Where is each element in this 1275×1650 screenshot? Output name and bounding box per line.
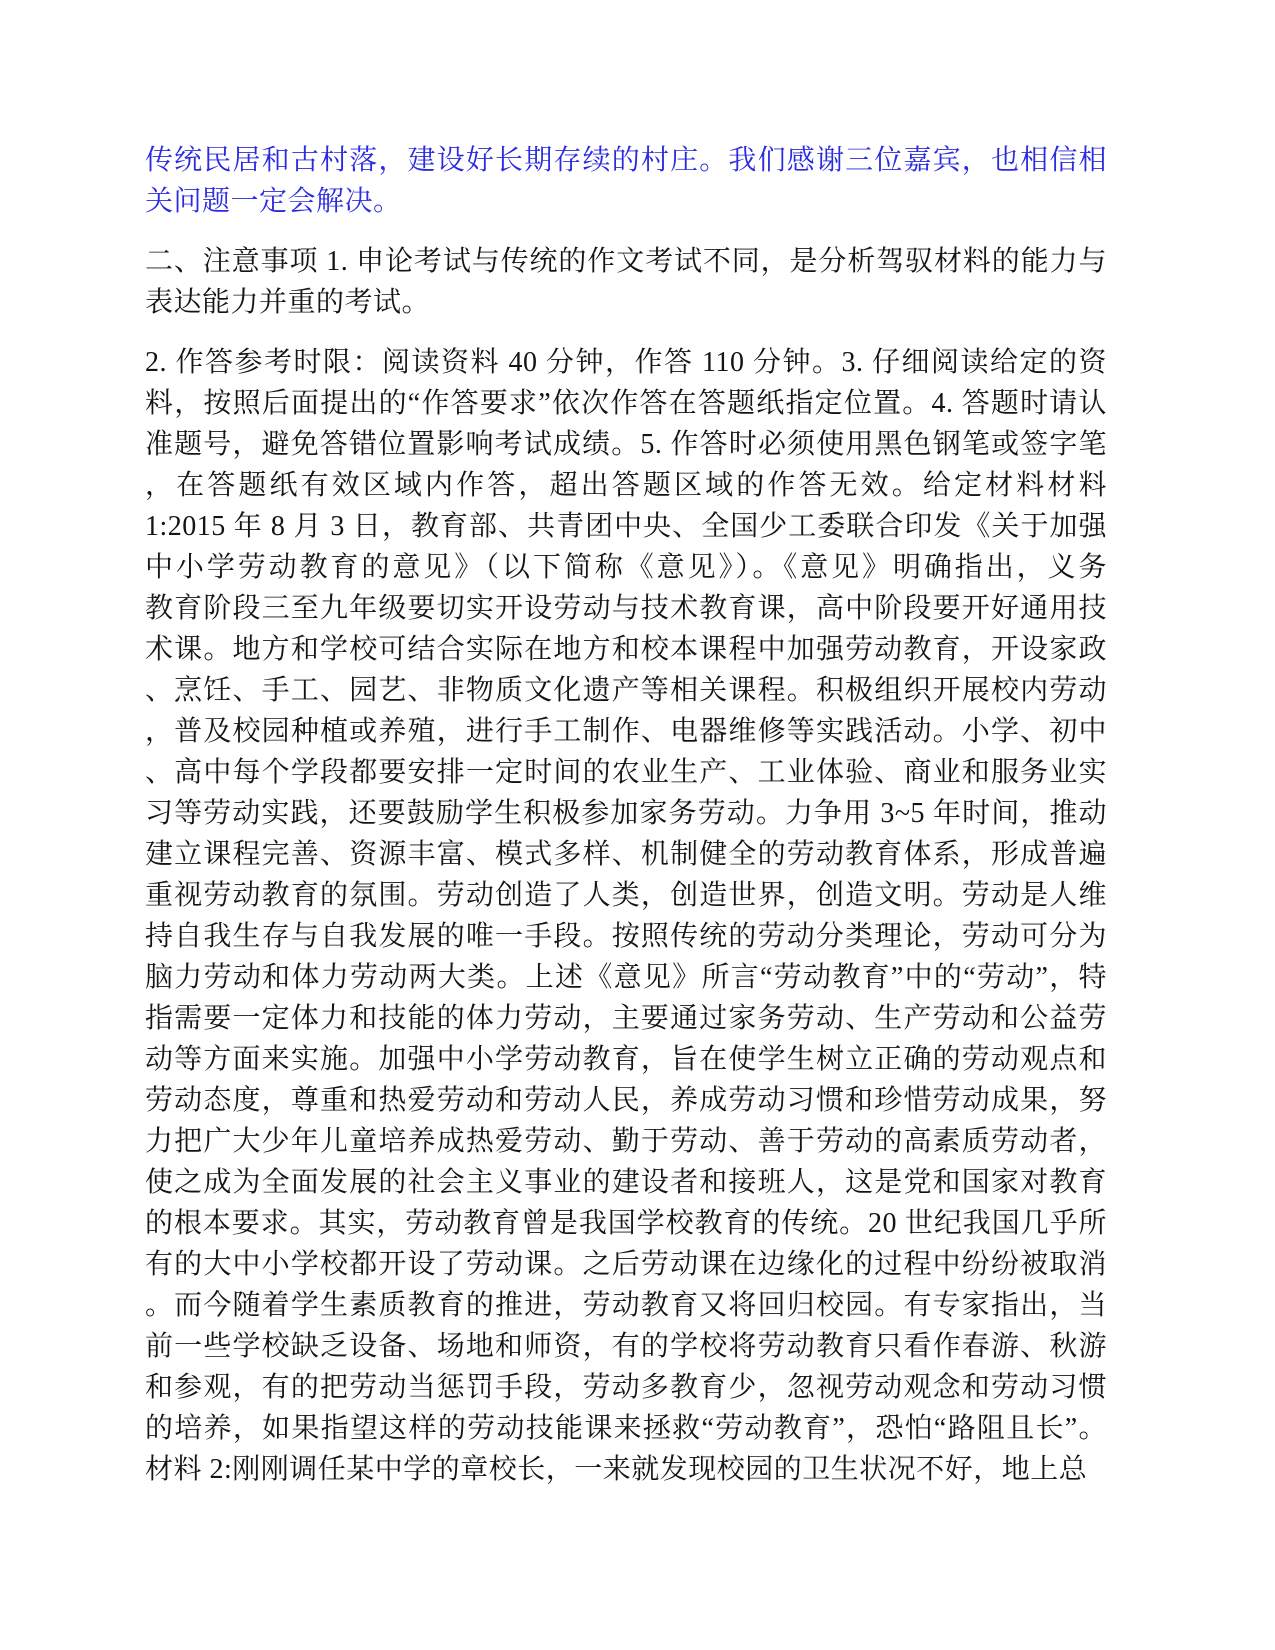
- text-line: 表达能力并重的考试。: [145, 282, 1107, 323]
- text-line: 1:2015 年 8 月 3 日，教育部、共青团中央、全国少工委联合印发《关于加…: [145, 506, 1107, 547]
- text-line: 的根本要求。其实，劳动教育曾是我国学校教育的传统。20 世纪我国几乎所: [145, 1203, 1107, 1244]
- text-line: 有的大中小学校都开设了劳动课。之后劳动课在边缘化的过程中纷纷被取消: [145, 1244, 1107, 1285]
- text-line: 术课。地方和学校可结合实际在地方和校本课程中加强劳动教育，开设家政: [145, 629, 1107, 670]
- document-body: 传统民居和古村落，建设好长期存续的村庄。我们感谢三位嘉宾，也相信相关问题一定会解…: [145, 140, 1107, 1490]
- text-line: 建立课程完善、资源丰富、模式多样、机制健全的劳动教育体系，形成普遍: [145, 834, 1107, 875]
- text-line: 重视劳动教育的氛围。劳动创造了人类，创造世界，创造文明。劳动是人维: [145, 875, 1107, 916]
- text-line: 的培养，如果指望这样的劳动技能课来拯救“劳动教育”，恐怕“路阻且长”。: [145, 1408, 1107, 1449]
- text-line: 传统民居和古村落，建设好长期存续的村庄。我们感谢三位嘉宾，也相信相: [145, 140, 1107, 181]
- text-line: 。而今随着学生素质教育的推进，劳动教育又将回归校园。有专家指出，当: [145, 1285, 1107, 1326]
- text-line: 力把广大少年儿童培养成热爱劳动、勤于劳动、善于劳动的高素质劳动者，: [145, 1121, 1107, 1162]
- paragraph-notice-heading: 二、注意事项 1. 申论考试与传统的作文考试不同，是分析驾驭材料的能力与表达能力…: [145, 241, 1107, 323]
- text-line: 和参观，有的把劳动当惩罚手段，劳动多教育少，忽视劳动观念和劳动习惯: [145, 1367, 1107, 1408]
- text-line: 、高中每个学段都要安排一定时间的农业生产、工业体验、商业和服务业实: [145, 752, 1107, 793]
- text-line: 中小学劳动教育的意见》（以下简称《意见》）。《意见》明确指出，义务: [145, 547, 1107, 588]
- paragraph-exam-instructions-and-materials: 2. 作答参考时限：阅读资料 40 分钟，作答 110 分钟。3. 仔细阅读给定…: [145, 342, 1107, 1490]
- text-line: 2. 作答参考时限：阅读资料 40 分钟，作答 110 分钟。3. 仔细阅读给定…: [145, 342, 1107, 383]
- text-line: 教育阶段三至九年级要切实开设劳动与技术教育课，高中阶段要开好通用技: [145, 588, 1107, 629]
- text-line: 脑力劳动和体力劳动两大类。上述《意见》所言“劳动教育”中的“劳动”，特: [145, 957, 1107, 998]
- paragraph-blue-closing-remark: 传统民居和古村落，建设好长期存续的村庄。我们感谢三位嘉宾，也相信相关问题一定会解…: [145, 140, 1107, 222]
- text-line: ，在答题纸有效区域内作答，超出答题区域的作答无效。给定材料材料: [145, 465, 1107, 506]
- text-line: 二、注意事项 1. 申论考试与传统的作文考试不同，是分析驾驭材料的能力与: [145, 241, 1107, 282]
- text-line: 、烹饪、手工、园艺、非物质文化遗产等相关课程。积极组织开展校内劳动: [145, 670, 1107, 711]
- text-line: 指需要一定体力和技能的体力劳动，主要通过家务劳动、生产劳动和公益劳: [145, 998, 1107, 1039]
- text-line: 劳动态度，尊重和热爱劳动和劳动人民，养成劳动习惯和珍惜劳动成果，努: [145, 1080, 1107, 1121]
- text-line: 使之成为全面发展的社会主义事业的建设者和接班人，这是党和国家对教育: [145, 1162, 1107, 1203]
- text-line: 材料 2:刚刚调任某中学的章校长，一来就发现校园的卫生状况不好，地上总: [145, 1449, 1107, 1490]
- document-page: 传统民居和古村落，建设好长期存续的村庄。我们感谢三位嘉宾，也相信相关问题一定会解…: [0, 0, 1275, 1650]
- text-line: 前一些学校缺乏设备、场地和师资，有的学校将劳动教育只看作春游、秋游: [145, 1326, 1107, 1367]
- text-line: 动等方面来实施。加强中小学劳动教育，旨在使学生树立正确的劳动观点和: [145, 1039, 1107, 1080]
- text-line: ，普及校园种植或养殖，进行手工制作、电器维修等实践活动。小学、初中: [145, 711, 1107, 752]
- text-line: 料，按照后面提出的“作答要求”依次作答在答题纸指定位置。4. 答题时请认: [145, 383, 1107, 424]
- text-line: 关问题一定会解决。: [145, 181, 1107, 222]
- text-line: 持自我生存与自我发展的唯一手段。按照传统的劳动分类理论，劳动可分为: [145, 916, 1107, 957]
- text-line: 准题号，避免答错位置影响考试成绩。5. 作答时必须使用黑色钢笔或签字笔: [145, 424, 1107, 465]
- text-line: 习等劳动实践，还要鼓励学生积极参加家务劳动。力争用 3~5 年时间，推动: [145, 793, 1107, 834]
